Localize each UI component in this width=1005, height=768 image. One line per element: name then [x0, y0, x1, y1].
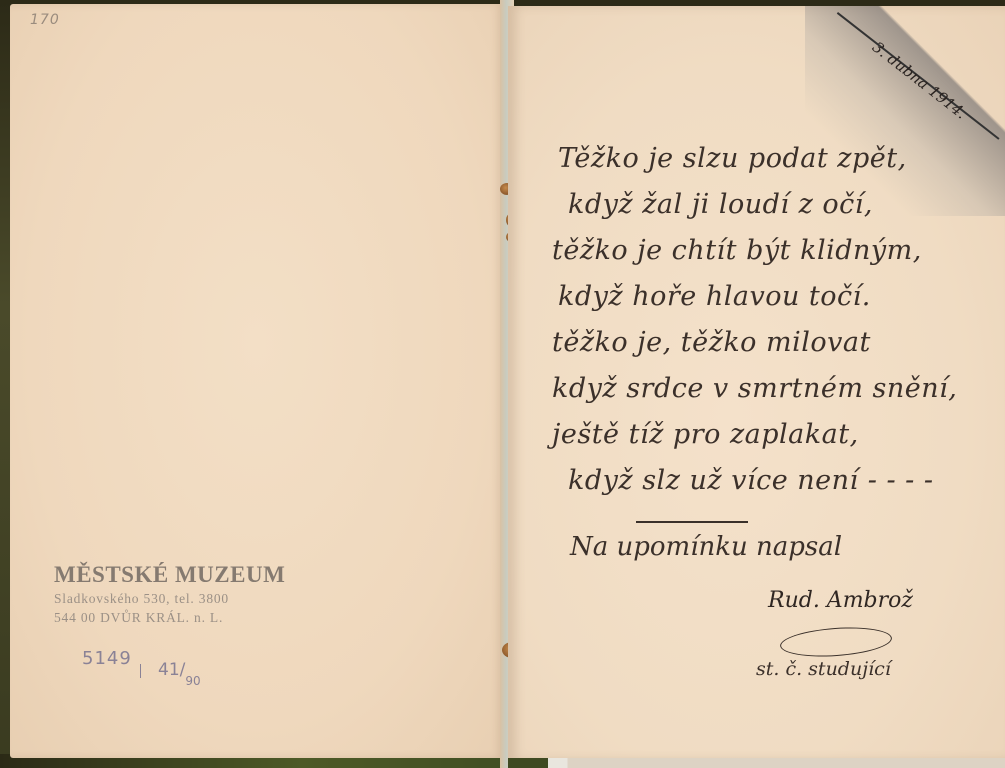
stamp-title: MĚSTSKÉ MUZEUM [54, 562, 285, 588]
dedication: Na upomínku napsal [570, 532, 842, 562]
inventory-fraction-denominator: 90 [185, 674, 200, 688]
poem-line: když srdce v smrtném snění, [552, 366, 982, 412]
poem-line: těžko je chtít být klidným, [552, 228, 982, 274]
poem-line: Těžko je slzu podat zpět, [552, 136, 982, 182]
inventory-fraction-numerator: 41 [158, 660, 180, 680]
poem-line: když slz už více není - - - - [552, 458, 982, 504]
inventory-number: 5149 [82, 648, 132, 669]
stamp-address: Sladkovského 530, tel. 3800 [54, 591, 285, 607]
poem-line: ještě tíž pro zaplakat, [552, 412, 982, 458]
signature-name: Rud. Ambrož [768, 588, 913, 613]
inventory-separator [140, 664, 141, 678]
poem-line: když hoře hlavou točí. [552, 274, 982, 320]
left-page: 170 [10, 4, 504, 758]
poem-line: těžko je, těžko milovat [552, 320, 982, 366]
signature-title: st. č. studující [756, 658, 891, 680]
underlying-pages [508, 758, 1005, 768]
poem-line: když žal ji loudí z očí, [552, 182, 982, 228]
stamp-city: 544 00 DVŮR KRÁL. n. L. [54, 610, 285, 626]
poem: Těžko je slzu podat zpět, když žal ji lo… [552, 136, 982, 504]
page-number: 170 [30, 12, 60, 28]
inventory-fraction: 41/90 [158, 660, 201, 680]
section-divider [636, 521, 748, 523]
museum-stamp: MĚSTSKÉ MUZEUM Sladkovského 530, tel. 38… [54, 562, 285, 626]
